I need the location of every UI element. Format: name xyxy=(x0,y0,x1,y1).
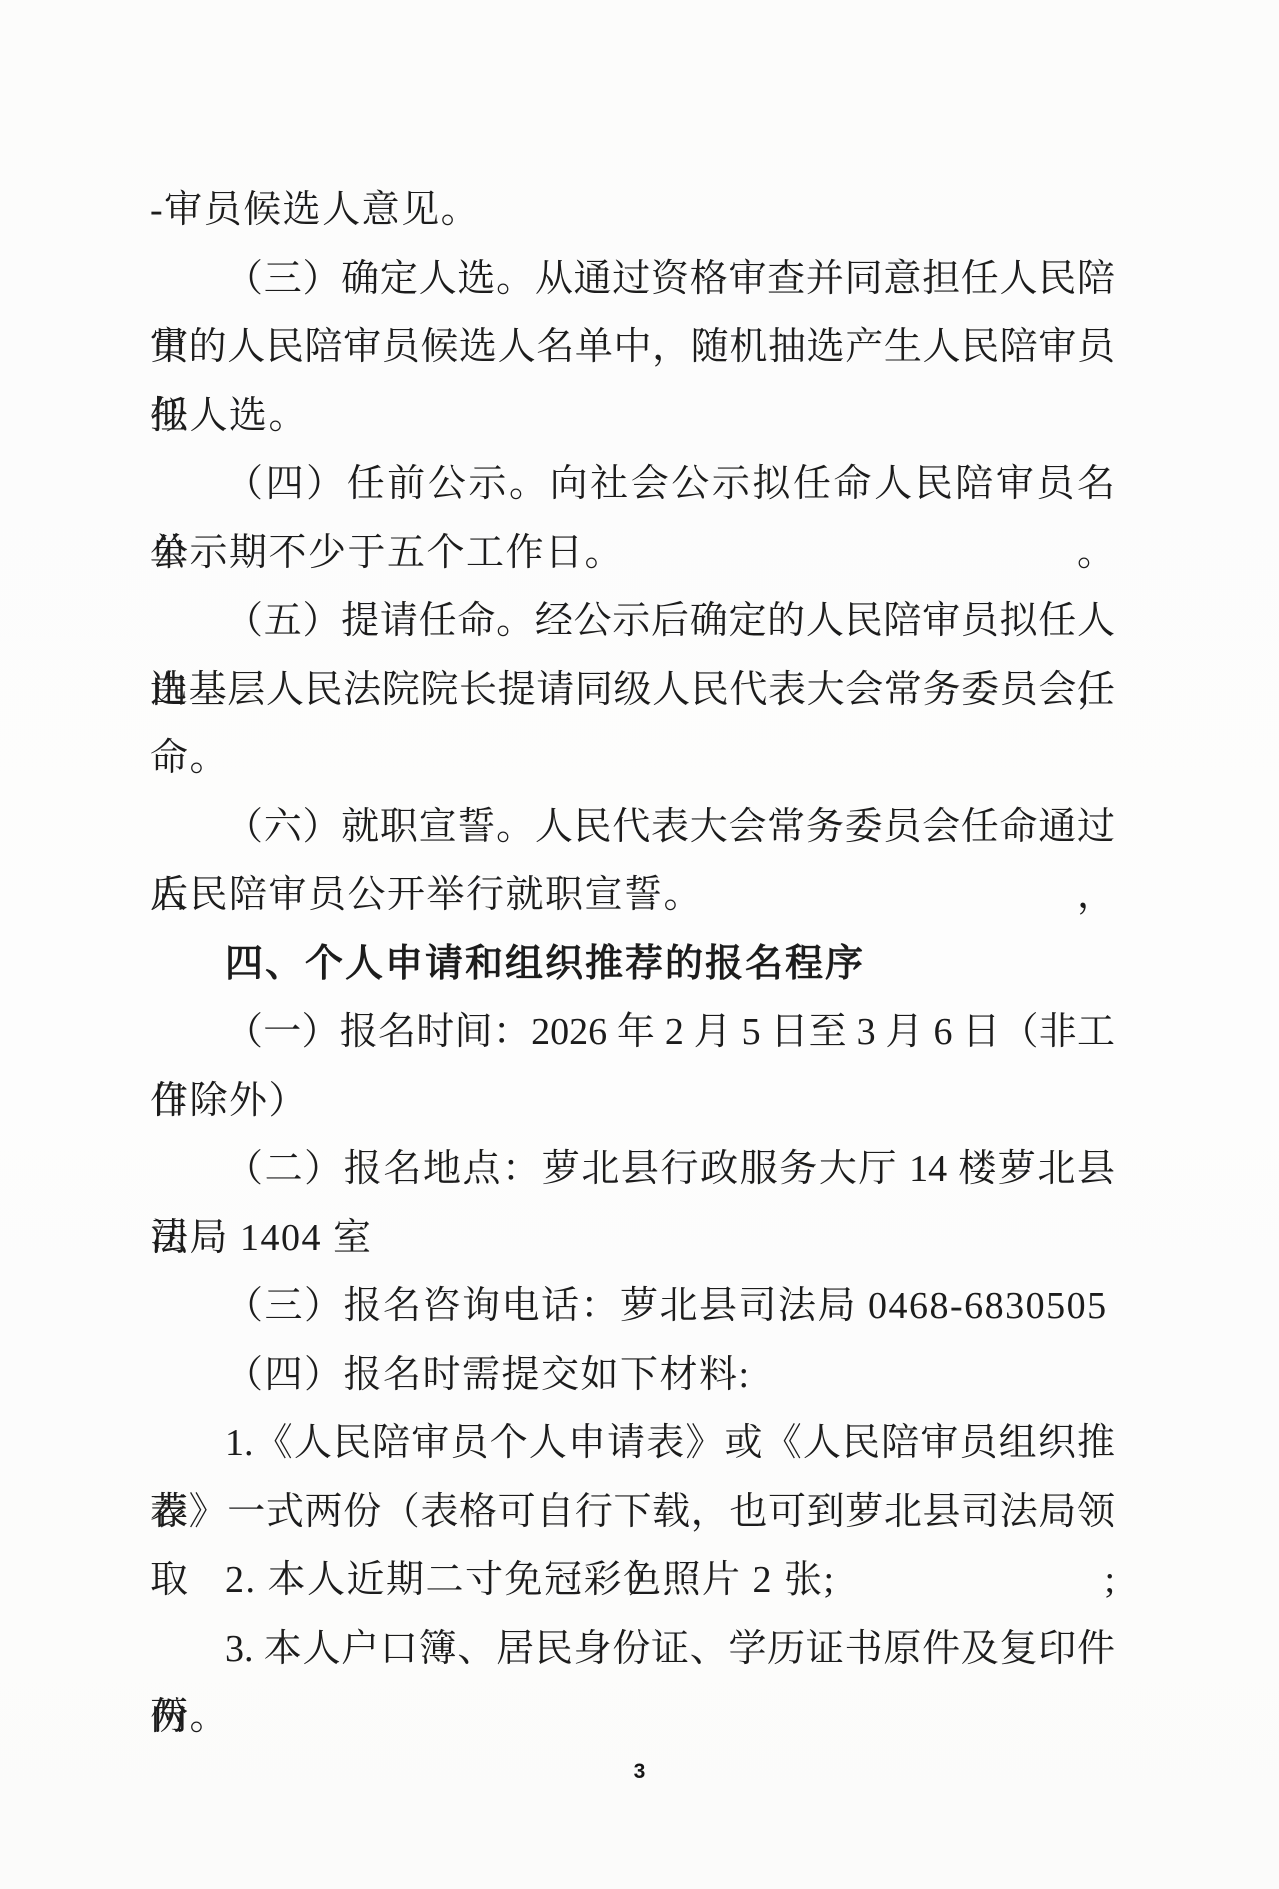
doc-line: 法局 1404 室 xyxy=(150,1204,1115,1273)
document-page: -审员候选人意见。 （三）确定人选。从通过资格审查并同意担任人民陪审 员的人民陪… xyxy=(0,0,1279,1889)
document-body: -审员候选人意见。 （三）确定人选。从通过资格审查并同意担任人民陪审 员的人民陪… xyxy=(150,176,1115,1752)
section-heading: 四、个人申请和组织推荐的报名程序 xyxy=(150,930,1115,999)
doc-line: （四）报名时需提交如下材料: xyxy=(150,1341,1115,1410)
doc-line: 1.《人民陪审员个人申请表》或《人民陪审员组织推荐 xyxy=(150,1409,1115,1478)
doc-line: 3. 本人户口簿、居民身份证、学历证书原件及复印件两 xyxy=(150,1615,1115,1684)
doc-line: 份。 xyxy=(150,1683,1115,1752)
doc-line: （五）提请任命。经公示后确定的人民陪审员拟任人选， xyxy=(150,587,1115,656)
doc-line: 日除外） xyxy=(150,1067,1115,1136)
doc-line: （三）确定人选。从通过资格审查并同意担任人民陪审 xyxy=(150,245,1115,314)
doc-line: （六）就职宣誓。人民代表大会常务委员会任命通过后， xyxy=(150,793,1115,862)
doc-line: -审员候选人意见。 xyxy=(150,176,1115,245)
doc-line: （二）报名地点：萝北县行政服务大厅 14 楼萝北县司 xyxy=(150,1135,1115,1204)
doc-line: 表》一式两份（表格可自行下载，也可到萝北县司法局领取）; xyxy=(150,1478,1115,1547)
doc-line: （三）报名咨询电话：萝北县司法局 0468-6830505 xyxy=(150,1272,1115,1341)
doc-line: 由基层人民法院院长提请同级人民代表大会常务委员会任 xyxy=(150,656,1115,725)
doc-line: 命。 xyxy=(150,724,1115,793)
doc-line: 员的人民陪审员候选人名单中，随机抽选产生人民陪审员拟 xyxy=(150,313,1115,382)
doc-line: 任人选。 xyxy=(150,382,1115,451)
page-number: 3 xyxy=(0,1760,1279,1784)
doc-line: （一）报名时间：2026 年 2 月 5 日至 3 月 6 日（非工作 xyxy=(150,998,1115,1067)
doc-line: （四）任前公示。向社会公示拟任命人民陪审员名单。 xyxy=(150,450,1115,519)
